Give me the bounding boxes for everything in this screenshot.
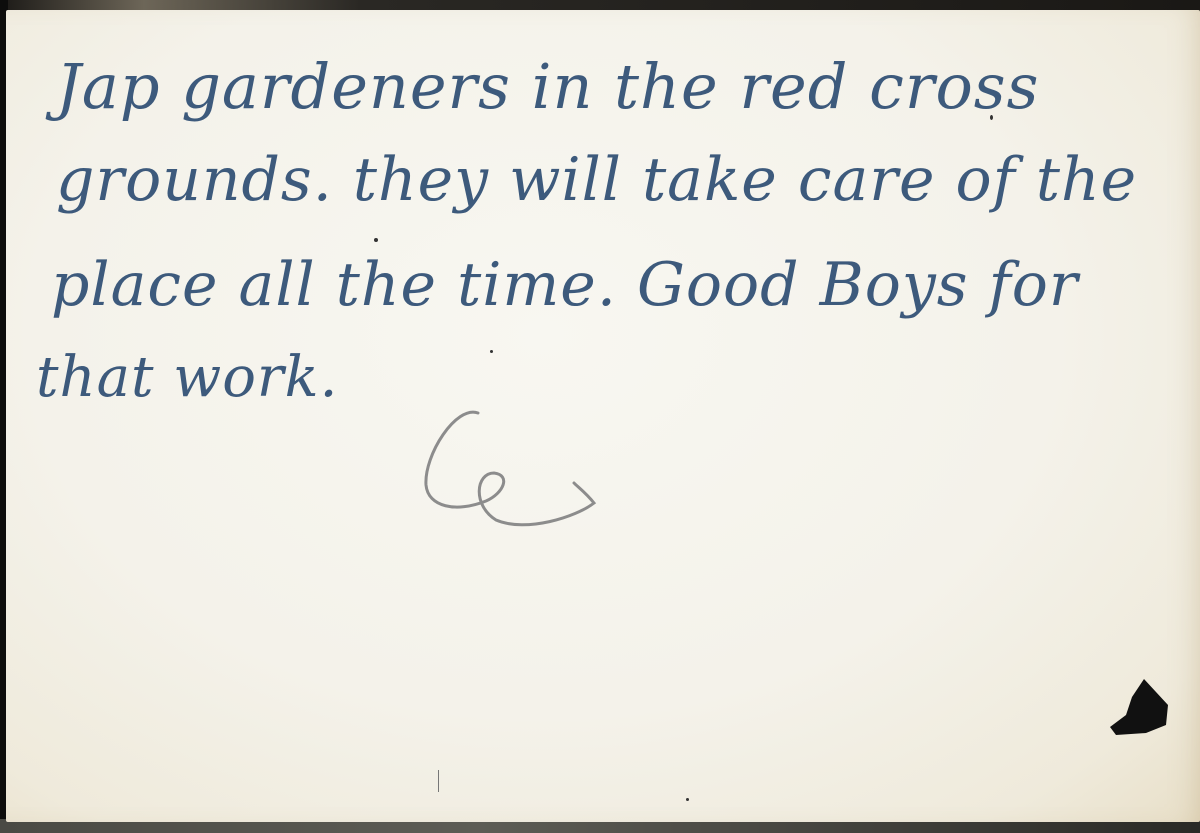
paper-speck [686,798,689,801]
paper-speck [990,115,993,120]
pencil-mark-icon [416,395,606,535]
handwriting-line-4: that work. [36,345,338,410]
paper-crease [438,770,439,792]
ink-blot-icon [1106,675,1176,745]
photo-card-back: Jap gardeners in the red cross grounds. … [6,10,1200,822]
handwriting-line-3: place all the time. Good Boys for [51,250,1079,320]
handwriting-line-1: Jap gardeners in the red cross [56,50,1039,123]
paper-speck [374,238,378,242]
handwriting-line-2: grounds. they will take care of the [56,145,1137,215]
paper-speck [490,350,493,353]
